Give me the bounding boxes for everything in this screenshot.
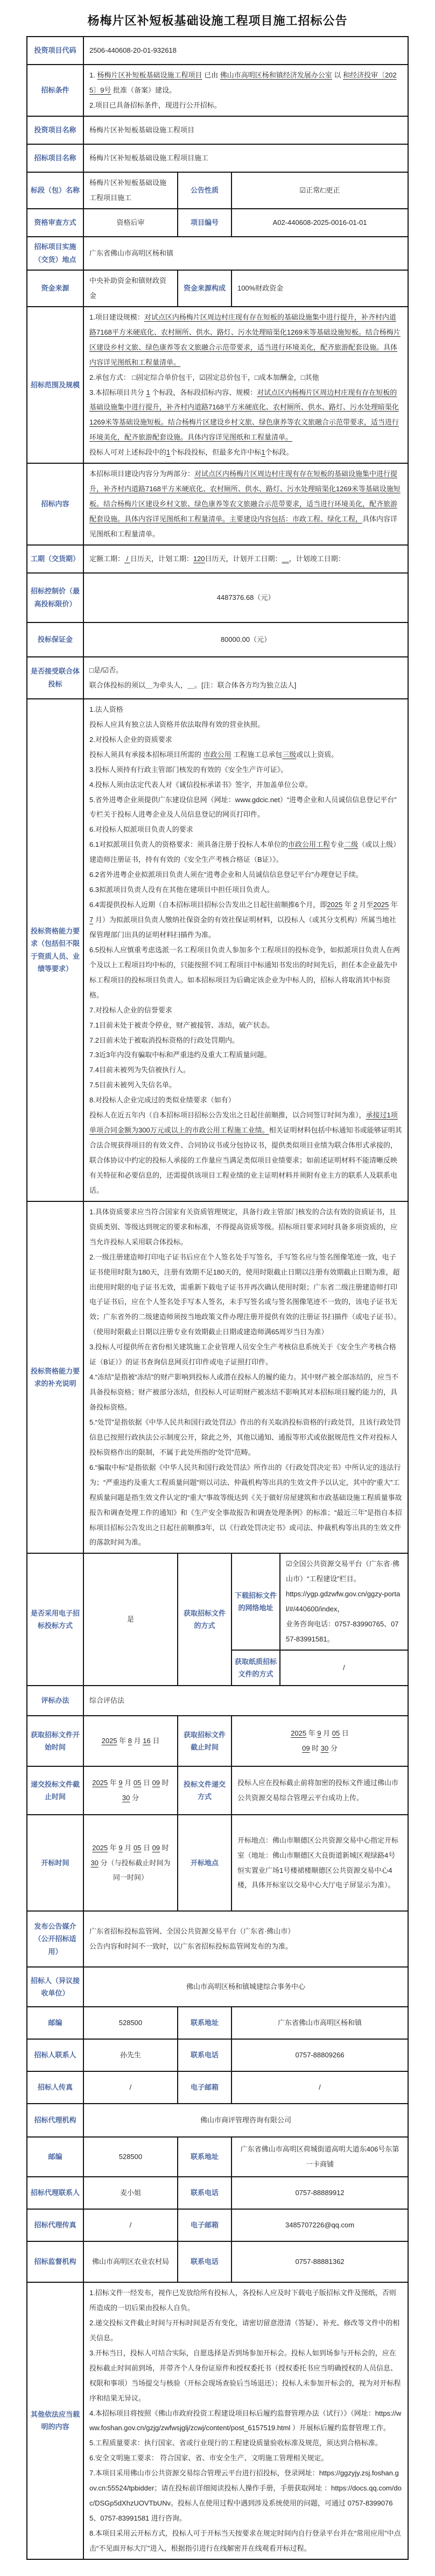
tenderer-phone-value: 0757-88809266	[231, 2039, 408, 2071]
table-row: 其他依法应当载明的内容 1.招标文件一经发布，视作已发放给所有投标人，各投标人应…	[27, 2282, 408, 2559]
table-row: 工期（交货期） 定额工期： / 日历天，计划工期：120日历天，计划开工日期：＿…	[27, 545, 408, 573]
section-name-value: 杨梅片区补短板基础设施工程项目施工	[83, 172, 178, 209]
tenderer-email-label: 电子邮箱	[178, 2071, 231, 2104]
table-row: 招标项目名称 杨梅片区补短板基础设施工程项目施工	[27, 144, 408, 172]
tenderer-fax-label: 招标人传真	[27, 2071, 83, 2104]
submit-method-value: 投标人应在投标截止前将加密的投标文件通过佛山市公共资源交易综合管理云平台成功上传…	[231, 1766, 408, 1815]
evaluation-method-value: 综合评估法	[83, 1686, 408, 1716]
table-row: 投资项目名称 杨梅片区补短板基础设施工程项目	[27, 116, 408, 144]
electronic-bidding-label: 是否采用电子招标投标方式	[27, 1553, 83, 1686]
qualification-supplement-label: 投标资格能力要求的补充说明	[27, 1201, 83, 1554]
announcement-media-value: 广东省招标投标监管网、全国公共资源交易平台（广东省·佛山市）公告内容和时间不一致…	[83, 1911, 408, 1967]
agency-contact-label: 招标代理联系人	[27, 2177, 83, 2209]
address1-value: 广东省佛山市高明区杨和镇	[231, 2007, 408, 2039]
delivery-location-label: 招标项目实施（交货）地点	[27, 237, 83, 270]
postcode1-value: 528500	[83, 2007, 178, 2039]
invest-name-value: 杨梅片区补短板基础设施工程项目	[83, 116, 408, 144]
table-row: 标段（包）名称 杨梅片区补短板基础设施工程项目施工 公告性质 ☑正常/□更正	[27, 172, 408, 209]
tenderer-label: 招标人（异议接收单位）	[27, 1967, 83, 2007]
tender-name-label: 招标项目名称	[27, 144, 83, 172]
invest-name-label: 投资项目名称	[27, 116, 83, 144]
table-row: 发布公告媒介（公开招标适用） 广东省招标投标监管网、全国公共资源交易平台（广东省…	[27, 1911, 408, 1967]
supervisor-label: 招标监督机构	[27, 2241, 83, 2282]
opening-place-value: 开标地点：佛山市顺德区公共资源交易中心指定开标室（地址：佛山市顺德区大良街道新城…	[231, 1815, 408, 1911]
project-code-value: 2506-440608-20-01-932618	[83, 37, 408, 65]
duration-value: 定额工期： / 日历天，计划工期：120日历天，计划开工日期：＿，计划竣工日期：	[83, 545, 408, 573]
supervisor-phone-label: 联系电话	[178, 2241, 231, 2282]
table-row: 开标时间 2025 年 9 月 05 日 09 时 30 分（与投标截止时间为同…	[27, 1815, 408, 1911]
electronic-bidding-value: 是	[83, 1553, 178, 1686]
qualification-review-value: 资格后审	[83, 209, 178, 237]
table-row: 招标范围及规模 1.项目建设规模：对试点区内杨梅片区周边村庄现有存在短板的基础设…	[27, 307, 408, 463]
table-row: 招标条件 1. 杨梅片区补短板基础设施工程项目 已由 佛山市高明区杨和镇经济发展…	[27, 65, 408, 116]
table-row: 投标资格能力要求的补充说明 1.具体资质要求应当符合国家有关资质管理规定，具备行…	[27, 1201, 408, 1554]
control-price-value: 4487376.68（元）	[83, 573, 408, 622]
conditions-value: 1. 杨梅片区补短板基础设施工程项目 已由 佛山市高明区杨和镇经济发展办公室 以…	[83, 65, 408, 116]
agency-email-value: 3485707226@qq.com	[231, 2209, 408, 2241]
duration-label: 工期（交货期）	[27, 545, 83, 573]
supervisor-phone-value: 0757-88881362	[231, 2241, 408, 2282]
table-row: 招标控制价（最高投标限价） 4487376.68（元）	[27, 573, 408, 622]
other-notes-value: 1.招标文件一经发布，视作已发放给所有投标人，各投标人应及时下载电子版招标文件及…	[83, 2282, 408, 2559]
tenderer-contact-value: 孙先生	[83, 2039, 178, 2071]
other-notes-label: 其他依法应当载明的内容	[27, 2282, 83, 2559]
control-price-label: 招标控制价（最高投标限价）	[27, 573, 83, 622]
doc-deadline-value: 2025 年 9 月 05 日09 时 30 分	[231, 1716, 408, 1766]
agency-phone-value: 0757-88889912	[231, 2177, 408, 2209]
opening-place-label: 开标地点	[178, 1815, 231, 1911]
obtain-docs-method-label: 获取招标文件的方式	[178, 1553, 231, 1686]
tender-content-value: 本招标项目建设内容分为两部分：对试点区内杨梅片区周边村庄现有存在短板的基础设施集…	[83, 463, 408, 545]
bid-bond-label: 投标保证金	[27, 622, 83, 657]
tenderer-email-value: /	[231, 2071, 408, 2104]
table-row: 投标资格能力要求（包括但不限于资质人员、业绩等要求） 1.法人资格投标人应具有独…	[27, 699, 408, 1201]
address2-label: 联系地址	[178, 2137, 231, 2177]
project-number-value: A02-440608-2025-0016-01-01	[231, 209, 408, 237]
table-row: 递交投标文件截止时间 2025 年 9 月 05 日 09 时 30 分 投标文…	[27, 1766, 408, 1815]
table-row: 投标保证金 80000.00（元）	[27, 622, 408, 657]
agency-phone-label: 联系电话	[178, 2177, 231, 2209]
notice-nature-label: 公告性质	[178, 172, 231, 209]
tender-name-value: 杨梅片区补短板基础设施工程项目施工	[83, 144, 408, 172]
submit-deadline-value: 2025 年 9 月 05 日 09 时 30 分	[83, 1766, 178, 1815]
submit-deadline-label: 递交投标文件截止时间	[27, 1766, 83, 1815]
page-title: 杨梅片区补短板基础设施工程项目施工招标公告	[0, 12, 435, 29]
evaluation-method-label: 评标办法	[27, 1686, 83, 1716]
download-address-label: 下载招标文件的网络地址	[231, 1553, 280, 1650]
section-name-label: 标段（包）名称	[27, 172, 83, 209]
table-row: 招标人传真 / 电子邮箱 /	[27, 2071, 408, 2104]
agency-value: 佛山市商评管理咨询有限公司	[83, 2104, 408, 2137]
table-row: 获取招标文件开始时间 2025 年 8 月 16 日 获取招标文件截止时间 20…	[27, 1716, 408, 1766]
table-row: 投资项目代码 2506-440608-20-01-932618	[27, 37, 408, 65]
fund-source-label: 资金来源	[27, 270, 83, 307]
postcode2-value: 528500	[83, 2137, 178, 2177]
table-row: 资金来源 中央补助资金和镇财政资金 资金来源构成 100%财政资金	[27, 270, 408, 307]
agency-email-label: 电子邮箱	[178, 2209, 231, 2241]
address1-label: 联系地址	[178, 2007, 231, 2039]
agency-label: 招标代理机构	[27, 2104, 83, 2137]
doc-deadline-label: 获取招标文件截止时间	[178, 1716, 231, 1766]
consortium-value: □是/☑否。联合体投标的须以＿为牵头人，＿。[注：联合体各方均为独立法人]	[83, 657, 408, 699]
postcode2-label: 邮编	[27, 2137, 83, 2177]
bid-bond-value: 80000.00（元）	[83, 622, 408, 657]
tender-content-label: 招标内容	[27, 463, 83, 545]
qualification-requirements-label: 投标资格能力要求（包括但不限于资质人员、业绩等要求）	[27, 699, 83, 1201]
table-row: 招标内容 本招标项目建设内容分为两部分：对试点区内杨梅片区周边村庄现有存在短板的…	[27, 463, 408, 545]
qualification-supplement-value: 1.具体资质要求应当符合国家有关资质管理规定，具备行政主管部门核发的合法有效的资…	[83, 1201, 408, 1554]
tender-announcement-page: 杨梅片区补短板基础设施工程项目施工招标公告 投资项目代码 2506-440608…	[0, 0, 435, 2560]
table-row: 招标代理联系人 麦小姐 联系电话 0757-88889912	[27, 2177, 408, 2209]
delivery-location-value: 广东省佛山市高明区杨和镇	[83, 237, 408, 270]
fund-source-value: 中央补助资金和镇财政资金	[83, 270, 178, 307]
notice-nature-value: ☑正常/□更正	[231, 172, 408, 209]
fund-composition-label: 资金来源构成	[178, 270, 231, 307]
project-code-label: 投资项目代码	[27, 37, 83, 65]
fund-composition-value: 100%财政资金	[231, 270, 408, 307]
download-address-value: ☑全国公共资源交易平台（广东省·佛山市）“工程建设”栏目。https://ygp…	[280, 1553, 408, 1650]
qualification-review-label: 资格审查方式	[27, 209, 83, 237]
paper-docs-label: 获取纸质招标文件的方式	[231, 1650, 280, 1686]
submit-method-label: 投标文件递交方式	[178, 1766, 231, 1815]
doc-start-time-label: 获取招标文件开始时间	[27, 1716, 83, 1766]
consortium-label: 是否接受联合体投标	[27, 657, 83, 699]
table-row: 招标代理机构 佛山市商评管理咨询有限公司	[27, 2104, 408, 2137]
tenderer-value: 佛山市高明区杨和镇城建综合事务中心	[83, 1967, 408, 2007]
agency-fax-label: 招标代理传真	[27, 2209, 83, 2241]
supervisor-value: 佛山市高明区农业农村局	[83, 2241, 178, 2282]
postcode1-label: 邮编	[27, 2007, 83, 2039]
tender-scope-value: 1.项目建设规模：对试点区内杨梅片区周边村庄现有存在短板的基础设施集中进行提升，…	[83, 307, 408, 463]
table-row: 招标代理传真 / 电子邮箱 3485707226@qq.com	[27, 2209, 408, 2241]
table-row: 是否接受联合体投标 □是/☑否。联合体投标的须以＿为牵头人，＿。[注：联合体各方…	[27, 657, 408, 699]
tenderer-fax-value: /	[83, 2071, 178, 2104]
table-row: 招标人联系人 孙先生 联系电话 0757-88809266	[27, 2039, 408, 2071]
opening-time-label: 开标时间	[27, 1815, 83, 1911]
doc-start-time-value: 2025 年 8 月 16 日	[83, 1716, 178, 1766]
conditions-label: 招标条件	[27, 65, 83, 116]
announcement-media-label: 发布公告媒介（公开招标适用）	[27, 1911, 83, 1967]
paper-docs-value: /	[280, 1650, 408, 1686]
agency-fax-value: /	[83, 2209, 178, 2241]
table-row: 招标项目实施（交货）地点 广东省佛山市高明区杨和镇	[27, 237, 408, 270]
tender-info-table: 投资项目代码 2506-440608-20-01-932618 招标条件 1. …	[26, 36, 409, 2560]
tenderer-contact-label: 招标人联系人	[27, 2039, 83, 2071]
qualification-requirements-value: 1.法人资格投标人应具有独立法人资格并依法取得有效的营业执照。2.对投标人企业的…	[83, 699, 408, 1201]
opening-time-value: 2025 年 9 月 05 日 09 时 30 分（与投标截止时间为同一时间）	[83, 1815, 178, 1911]
agency-contact-value: 麦小姐	[83, 2177, 178, 2209]
tender-scope-label: 招标范围及规模	[27, 307, 83, 463]
address2-value: 广东省佛山市高明区荷城街道高明大道东406号东第一卡商铺	[231, 2137, 408, 2177]
table-row: 评标办法 综合评估法	[27, 1686, 408, 1716]
table-row: 邮编 528500 联系地址 广东省佛山市高明区杨和镇	[27, 2007, 408, 2039]
project-number-label: 项目编号	[178, 209, 231, 237]
table-row: 邮编 528500 联系地址 广东省佛山市高明区荷城街道高明大道东406号东第一…	[27, 2137, 408, 2177]
tenderer-phone-label: 联系电话	[178, 2039, 231, 2071]
table-row: 资格审查方式 资格后审 项目编号 A02-440608-2025-0016-01…	[27, 209, 408, 237]
table-row: 招标监督机构 佛山市高明区农业农村局 联系电话 0757-88881362	[27, 2241, 408, 2282]
table-row: 招标人（异议接收单位） 佛山市高明区杨和镇城建综合事务中心	[27, 1967, 408, 2007]
table-row: 是否采用电子招标投标方式 是 获取招标文件的方式 下载招标文件的网络地址 ☑全国…	[27, 1553, 408, 1650]
